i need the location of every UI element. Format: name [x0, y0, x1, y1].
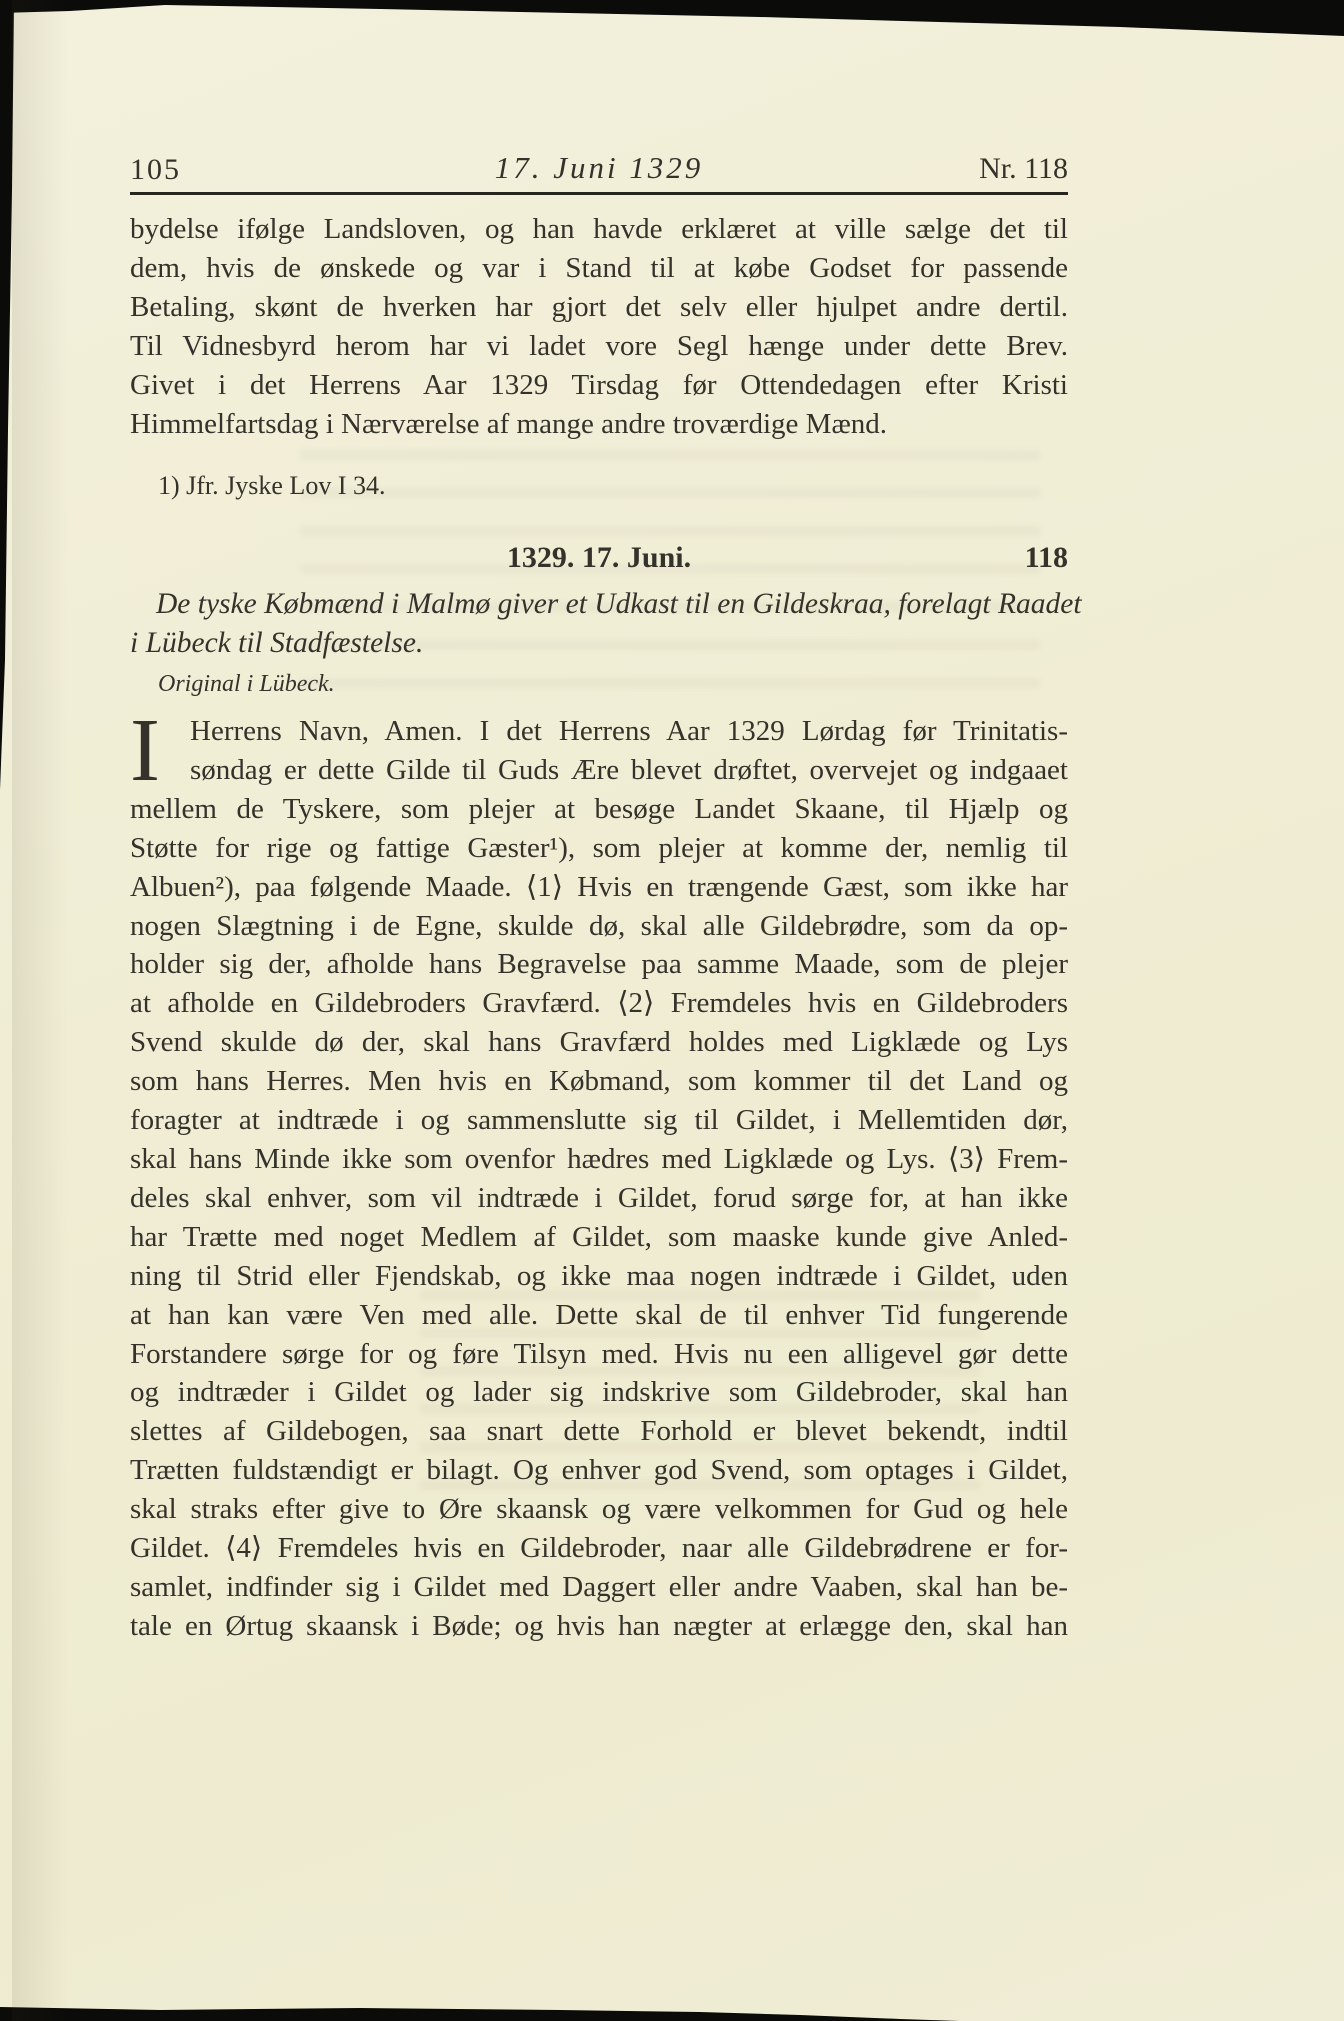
text-line: samlet, indfinder sig i Gildet med Dagge… [130, 1568, 1068, 1607]
page-edge-shadow [12, 0, 68, 2021]
text-line: Gildet. ⟨4⟩ Fremdeles hvis en Gildebrode… [130, 1529, 1068, 1568]
text-line: Til Vidnesbyrd herom har vi ladet vore S… [130, 327, 1068, 366]
text-line: Herrens Navn, Amen. I det Herrens Aar 13… [190, 712, 1068, 751]
summary-line: De tyske Købmænd i Malmø giver et Udkast… [130, 585, 1068, 624]
scan-edge-top [0, 0, 1344, 40]
text-line: dem, hvis de ønskede og var i Stand til … [130, 249, 1068, 288]
text-line: slettes af Gildebogen, saa snart dette F… [130, 1412, 1068, 1451]
document-summary: De tyske Købmænd i Malmø giver et Udkast… [130, 585, 1068, 663]
provenance-note: Original i Lübeck. [158, 671, 335, 698]
header-rule [130, 192, 1068, 195]
footnote: 1) Jfr. Jyske Lov I 34. [158, 471, 385, 501]
text-line: Betaling, skønt de hverken har gjort det… [130, 288, 1068, 327]
text-line: tale en Ørtug skaansk i Bøde; og hvis ha… [130, 1607, 1068, 1646]
scan-edge-bottom [0, 1999, 960, 2021]
previous-document-text: bydelse ifølge Landsloven, og han havde … [130, 210, 1068, 443]
text-line: Trætten fuldstændigt er bilagt. Og enhve… [130, 1451, 1068, 1490]
text-line: Støtte for rige og fattige Gæster¹), som… [130, 829, 1068, 868]
text-line: Forstandere sørge for og føre Tilsyn med… [130, 1335, 1068, 1374]
summary-line: i Lübeck til Stadfæstelse. [130, 624, 1068, 663]
text-line: Albuen²), paa følgende Maade. ⟨1⟩ Hvis e… [130, 868, 1068, 907]
document-date-heading: 1329. 17. Juni. [130, 541, 1068, 575]
text-line: ning til Strid eller Fjendskab, og ikke … [130, 1257, 1068, 1296]
text-line: deles skal enhver, som vil indtræde i Gi… [130, 1179, 1068, 1218]
text-line: og indtræder i Gildet og lader sig indsk… [130, 1373, 1068, 1412]
document-number: 118 [1025, 541, 1068, 575]
document-heading: 1329. 17. Juni. 118 [130, 541, 1068, 575]
text-line: har Trætte med noget Medlem af Gildet, s… [130, 1218, 1068, 1257]
text-line: holder sig der, afholde hans Begravelse … [130, 945, 1068, 984]
text-line: nogen Slægtning i de Egne, skulde dø, sk… [130, 907, 1068, 946]
text-line: at afholde en Gildebroders Gravfærd. ⟨2⟩… [130, 984, 1068, 1023]
text-line: skal hans Minde ikke som ovenfor hædres … [130, 1140, 1068, 1179]
text-line: som hans Herres. Men hvis en Købmand, so… [130, 1062, 1068, 1101]
document-body: Herrens Navn, Amen. I det Herrens Aar 13… [130, 712, 1068, 1646]
text-line: Givet i det Herrens Aar 1329 Tirsdag før… [130, 366, 1068, 405]
text-line: søndag er dette Gilde til Guds Ære bleve… [190, 751, 1068, 790]
text-line: Svend skulde dø der, skal hans Gravfærd … [130, 1023, 1068, 1062]
text-line: at han kan være Ven med alle. Dette skal… [130, 1296, 1068, 1335]
text-line: foragter at indtræde i og sammenslutte s… [130, 1101, 1068, 1140]
book-page: 105 17. Juni 1329 Nr. 118 bydelse ifølge… [0, 0, 1344, 2021]
text-line: skal straks efter give to Øre skaansk og… [130, 1490, 1068, 1529]
document-number-header: Nr. 118 [130, 152, 1068, 186]
text-line: bydelse ifølge Landsloven, og han havde … [130, 210, 1068, 249]
scan-edge-left [0, 0, 18, 790]
text-line: mellem de Tyskere, som plejer at besøge … [130, 790, 1068, 829]
text-line: Himmelfartsdag i Nærværelse af mange and… [130, 405, 1068, 444]
